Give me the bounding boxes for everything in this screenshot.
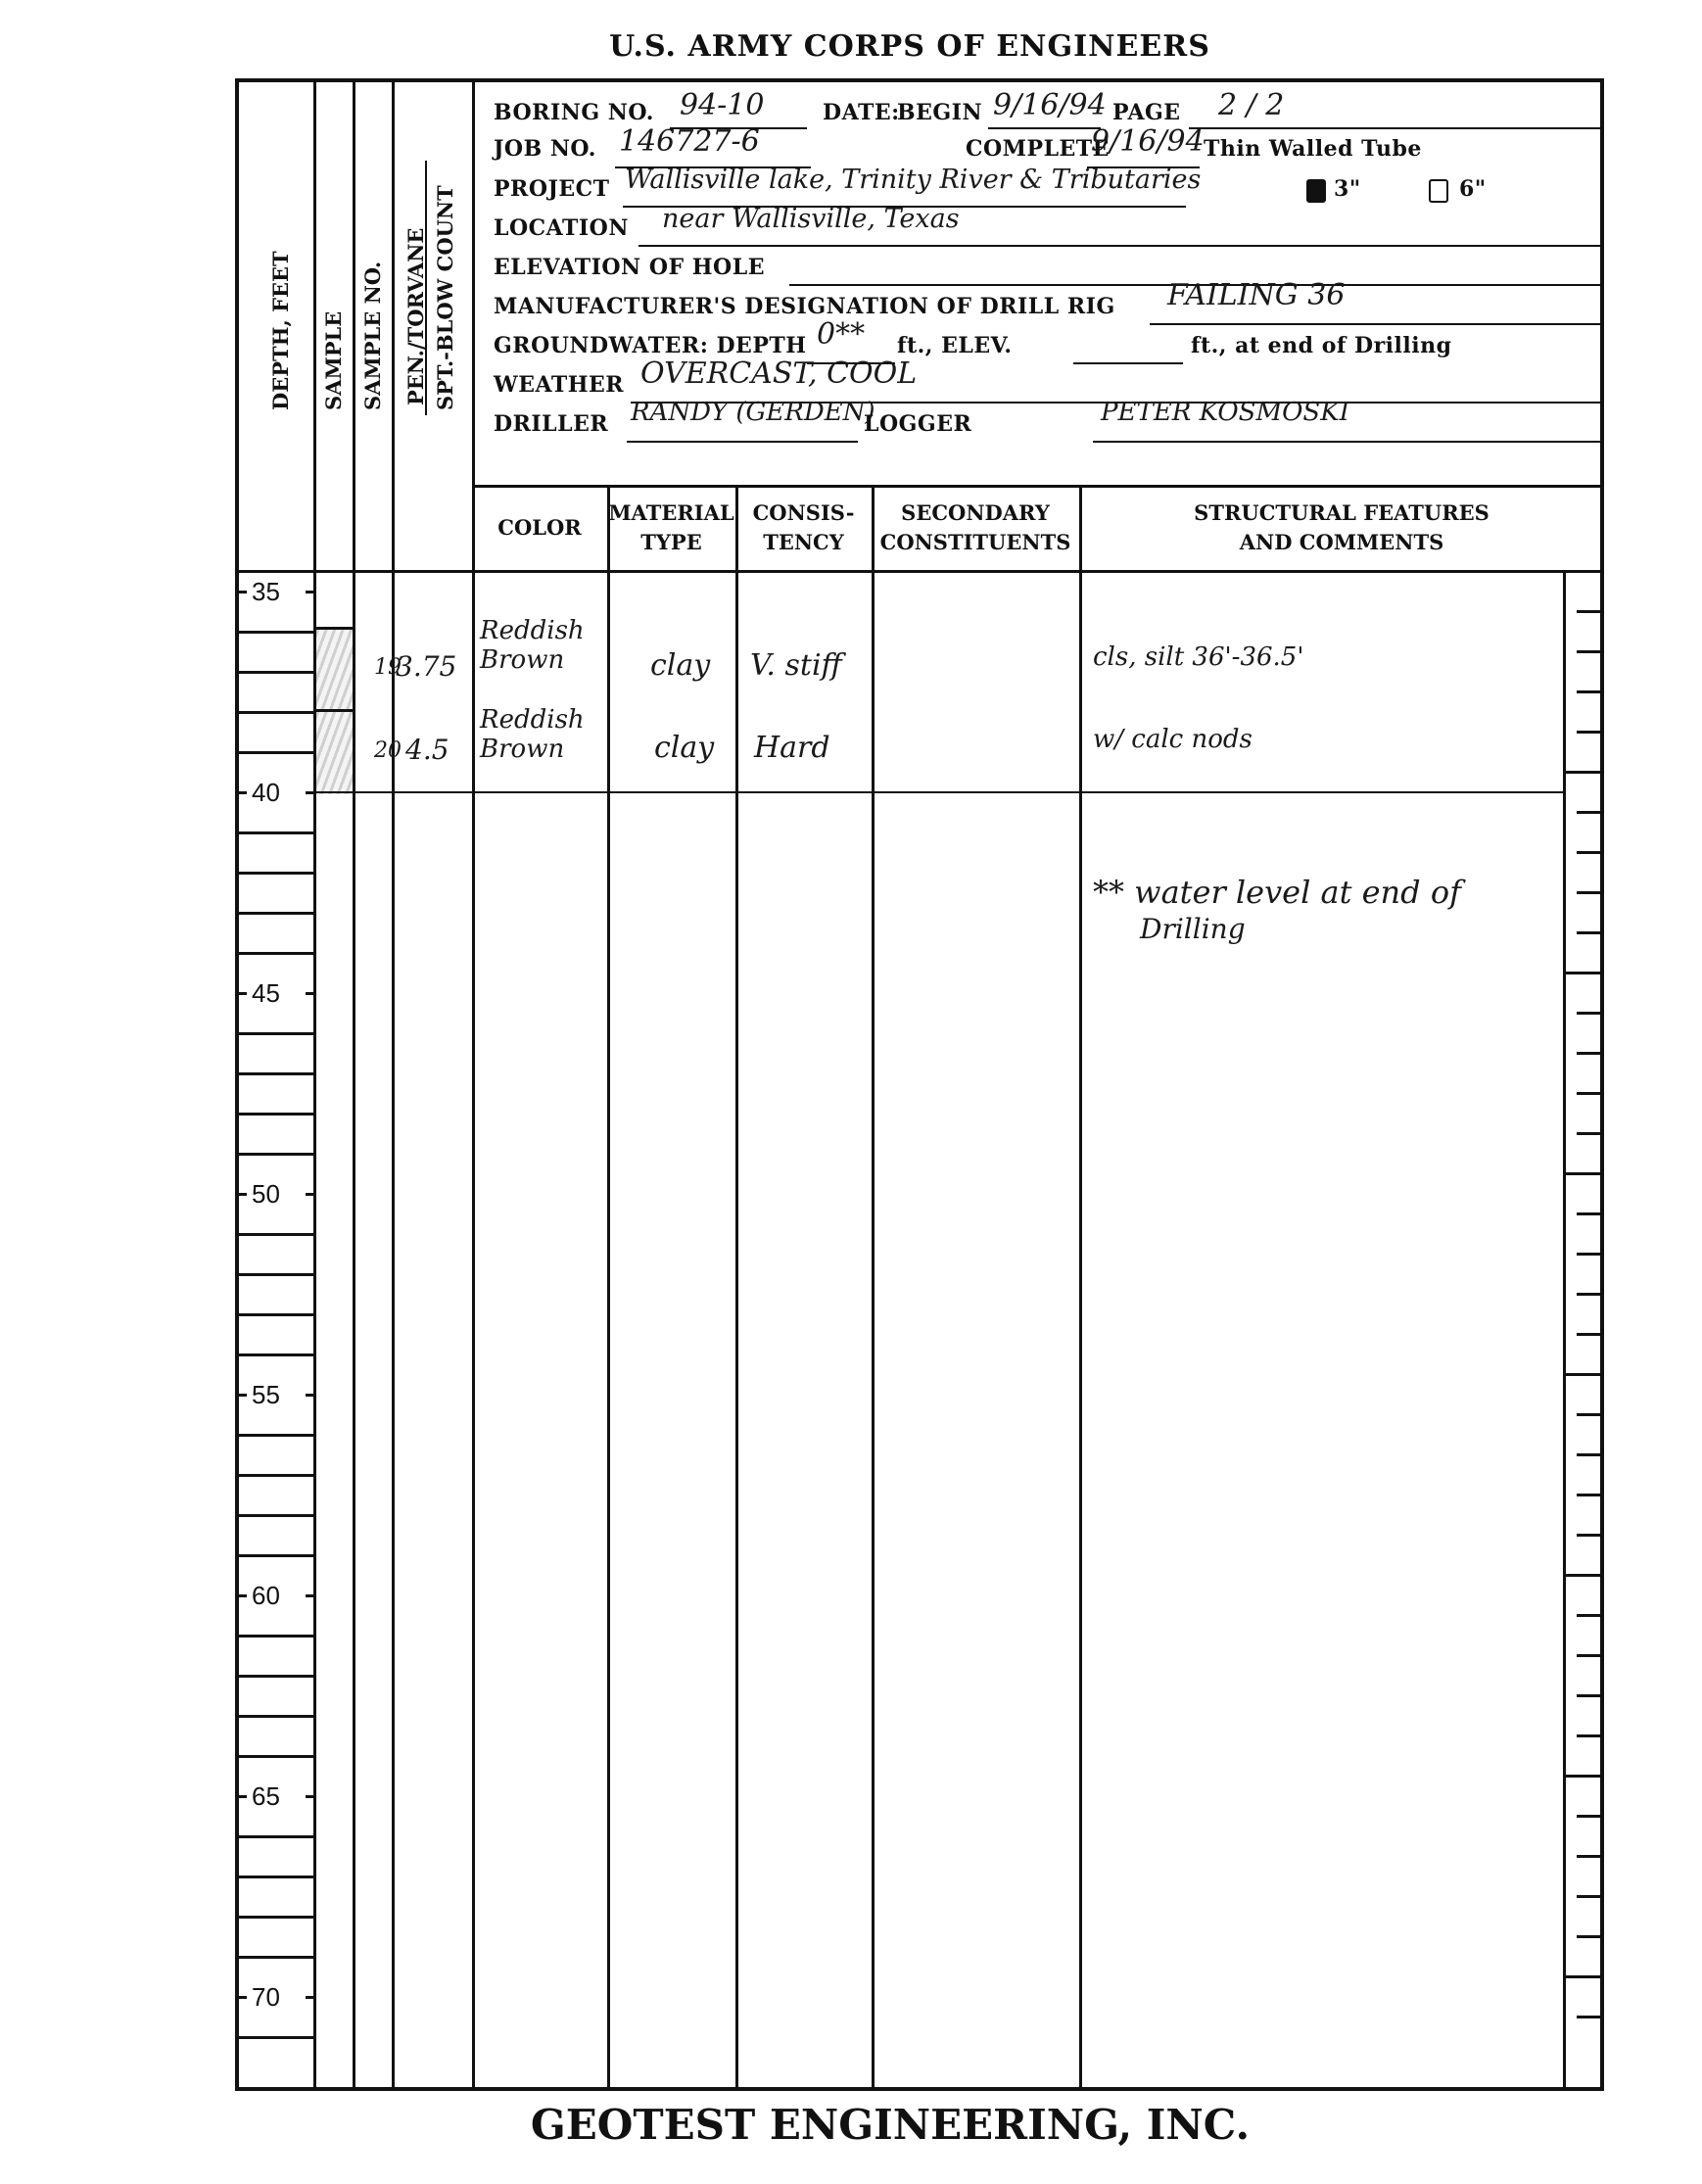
logger-value[interactable]: PETER KOSMOSKI bbox=[1101, 398, 1349, 427]
depth-start-line bbox=[239, 570, 313, 573]
drill-rig-value[interactable]: FAILING 36 bbox=[1167, 278, 1345, 312]
depth-label-70: 70 bbox=[249, 1982, 283, 2013]
company-footer: GEOTEST ENGINEERING, INC. bbox=[0, 2101, 1702, 2149]
job-no-value[interactable]: 146727-6 bbox=[619, 124, 760, 159]
logger-underline bbox=[1093, 441, 1604, 443]
location-value[interactable]: near Wallisville, Texas bbox=[662, 204, 960, 234]
sampler-3in-label: 3" bbox=[1334, 176, 1361, 202]
divider-depth-sample bbox=[313, 82, 316, 2087]
drill-rig-label: MANUFACTURER'S DESIGNATION OF DRILL RIG bbox=[494, 294, 1115, 319]
groundwater-label: GROUNDWATER: DEPTH bbox=[494, 333, 807, 358]
depth-label-45: 45 bbox=[249, 978, 283, 1009]
material-type-value: clay bbox=[654, 731, 714, 765]
comments-value: w/ calc nods bbox=[1093, 725, 1253, 754]
header-color: COLOR bbox=[472, 513, 607, 543]
depth-label-55: 55 bbox=[249, 1380, 283, 1410]
project-label: PROJECT bbox=[494, 176, 610, 202]
logger-label: LOGGER bbox=[864, 411, 971, 437]
complete-label: COMPLETE bbox=[966, 136, 1110, 162]
weather-value[interactable]: OVERCAST, COOL bbox=[640, 356, 917, 391]
header-material-type: MATERIALTYPE bbox=[607, 499, 735, 557]
page-label: PAGE bbox=[1112, 100, 1181, 125]
material-type-value: clay bbox=[650, 648, 710, 683]
drill-rig-underline bbox=[1150, 323, 1604, 325]
comments-value: cls, silt 36'-36.5' bbox=[1093, 642, 1304, 672]
sampler-label: Thin Walled Tube bbox=[1204, 136, 1422, 162]
boring-no-value[interactable]: 94-10 bbox=[680, 88, 764, 122]
groundwater-elev-underline bbox=[1073, 362, 1183, 364]
divider-secondary-structural bbox=[1079, 485, 1082, 2087]
color-value: Reddish Brown bbox=[480, 616, 601, 675]
sample-20-interval bbox=[316, 709, 353, 794]
label-sample-no: SAMPLE NO. bbox=[360, 261, 385, 410]
page-value[interactable]: 2 / 2 bbox=[1218, 88, 1284, 122]
consistency-value: V. stiff bbox=[750, 648, 842, 683]
pen-torvane-value: 3.75 bbox=[396, 650, 456, 683]
fraction-divider bbox=[425, 161, 427, 415]
header-consistency: CONSIS-TENCY bbox=[735, 499, 872, 557]
divider-pen-info bbox=[472, 82, 475, 2087]
sample-bottom-line bbox=[313, 791, 1563, 793]
depth-label-35: 35 bbox=[249, 577, 283, 607]
divider-sampleno-pen bbox=[392, 82, 395, 2087]
sample-19-interval bbox=[316, 627, 353, 712]
job-no-label: JOB NO. bbox=[494, 136, 596, 162]
divider-color-material bbox=[607, 485, 610, 2087]
header-structural-features: STRUCTURAL FEATURESAND COMMENTS bbox=[1079, 499, 1604, 557]
header-secondary-constituents: SECONDARYCONSTITUENTS bbox=[872, 499, 1079, 557]
elevation-label: ELEVATION OF HOLE bbox=[494, 255, 765, 280]
sampler-6in-checkbox[interactable] bbox=[1429, 179, 1448, 203]
label-spt-blow-count: SPT.-BLOW COUNT bbox=[433, 185, 457, 410]
weather-label: WEATHER bbox=[494, 372, 624, 398]
groundwater-ft-elev-label: ft., ELEV. bbox=[897, 333, 1013, 358]
divider-consistency-secondary bbox=[872, 485, 875, 2087]
complete-date-value[interactable]: 9/16/94 bbox=[1091, 124, 1205, 159]
page-underline bbox=[1189, 127, 1326, 129]
sampler-6in-label: 6" bbox=[1459, 176, 1487, 202]
label-depth-feet: DEPTH, FEET bbox=[268, 251, 293, 410]
driller-label: DRILLER bbox=[494, 411, 608, 437]
project-value[interactable]: Wallisville lake, Trinity River & Tribut… bbox=[625, 165, 1201, 195]
location-label: LOCATION bbox=[494, 215, 629, 241]
sample-no: 20 bbox=[374, 738, 402, 763]
driller-underline bbox=[627, 441, 858, 443]
sampler-3in-checkbox[interactable] bbox=[1306, 179, 1326, 203]
page-line-extension bbox=[1326, 127, 1604, 129]
date-label: DATE: bbox=[823, 100, 900, 125]
consistency-value: Hard bbox=[754, 731, 830, 765]
divider-material-consistency bbox=[735, 485, 738, 2087]
depth-label-60: 60 bbox=[249, 1581, 283, 1611]
location-underline bbox=[638, 245, 1604, 247]
driller-value[interactable]: RANDY (GERDEN) bbox=[631, 398, 875, 427]
info-bottom-border bbox=[472, 485, 1604, 488]
water-note-line2: Drilling bbox=[1140, 913, 1246, 945]
groundwater-end-label: ft., at end of Drilling bbox=[1191, 333, 1452, 358]
boring-log-form: DEPTH, FEET SAMPLE SAMPLE NO. PEN./TORVA… bbox=[235, 78, 1604, 2091]
depth-label-40: 40 bbox=[249, 778, 283, 808]
begin-date-value[interactable]: 9/16/94 bbox=[993, 88, 1107, 122]
depth-label-65: 65 bbox=[249, 1781, 283, 1812]
water-note-line1: ** water level at end of bbox=[1093, 874, 1461, 911]
label-sample: SAMPLE bbox=[321, 311, 346, 410]
boring-no-label: BORING NO. bbox=[494, 100, 654, 125]
agency-title: U.S. ARMY CORPS OF ENGINEERS bbox=[0, 29, 1702, 64]
begin-date-underline bbox=[988, 127, 1101, 129]
divider-structural-tickstrip bbox=[1563, 570, 1566, 2087]
divider-sample-sampleno bbox=[353, 82, 355, 2087]
begin-label: BEGIN bbox=[897, 100, 982, 125]
column-header-bottom-border bbox=[313, 570, 1604, 573]
color-value: Reddish Brown bbox=[480, 705, 601, 764]
pen-torvane-value: 4.5 bbox=[405, 734, 449, 766]
groundwater-depth-value[interactable]: 0** bbox=[817, 317, 865, 352]
depth-label-50: 50 bbox=[249, 1179, 283, 1210]
